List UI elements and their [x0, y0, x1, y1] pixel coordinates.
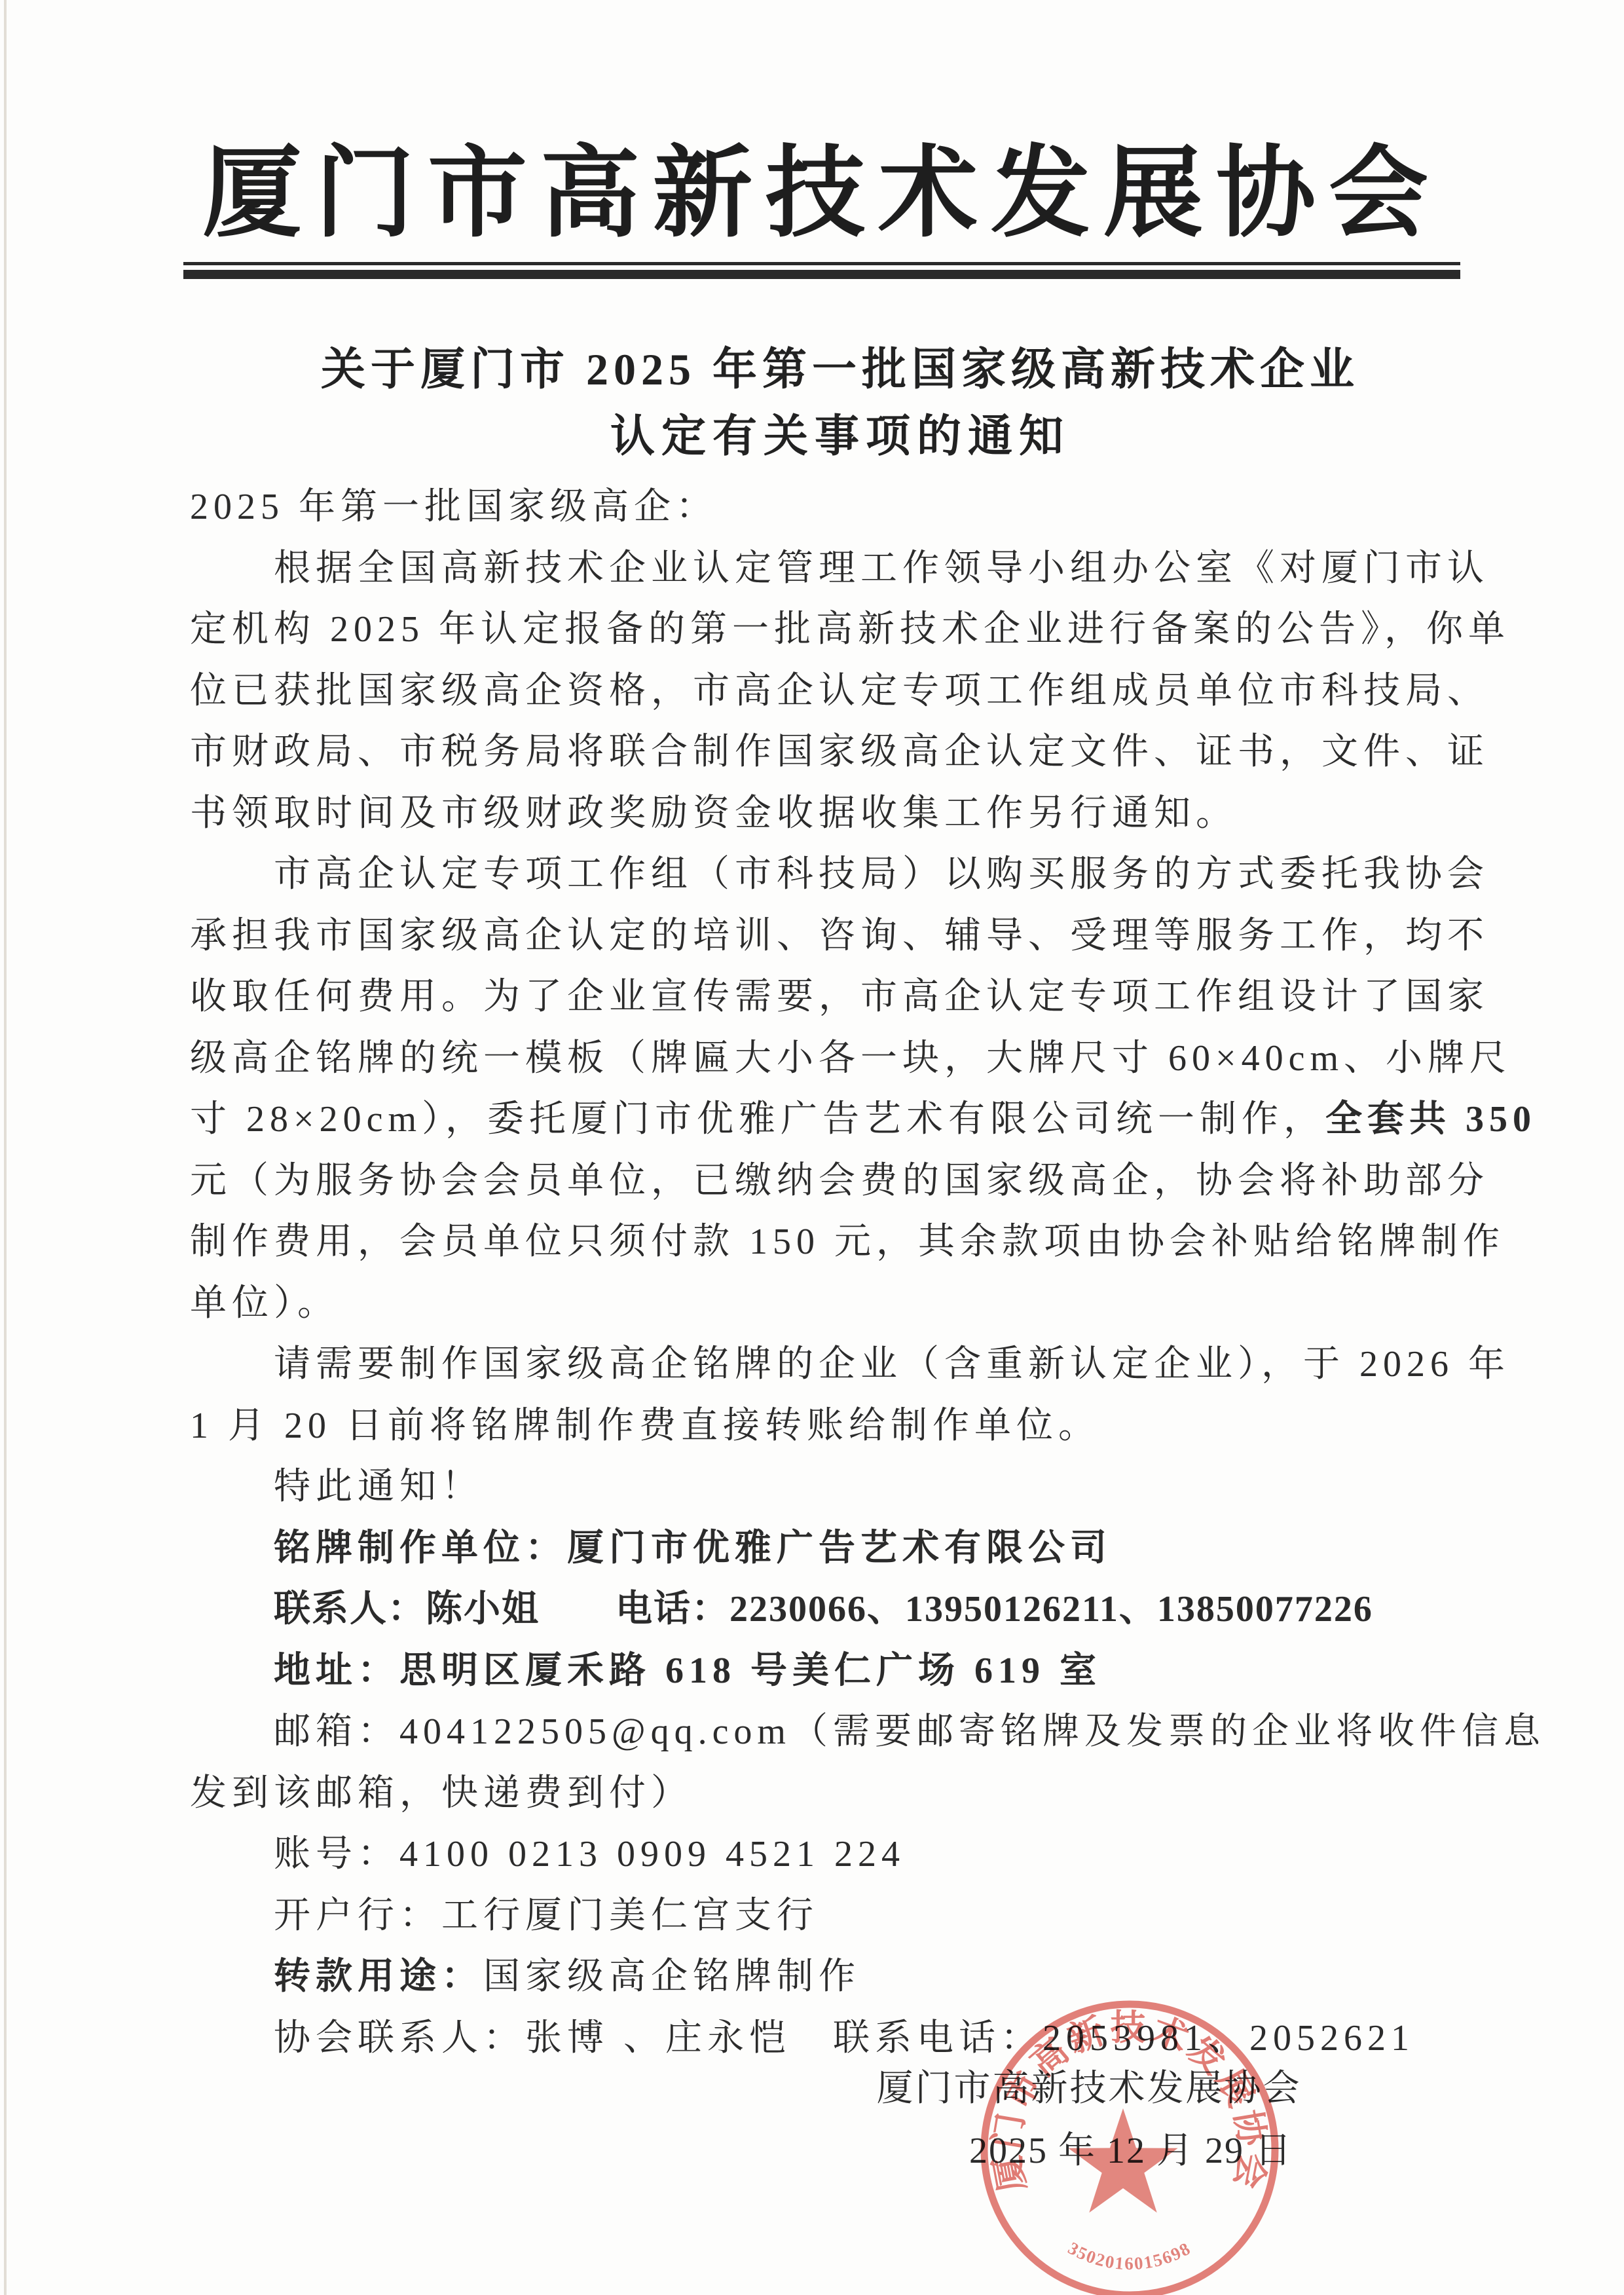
transfer-purpose-value: 国家级高企铭牌制作 [483, 1956, 860, 1997]
body-line: 承担我市国家级高企认定的培训、咨询、辅导、受理等服务工作，均不 [190, 906, 1454, 967]
body-line: 市财政局、市税务局将联合制作国家级高企认定文件、证书，文件、证 [190, 722, 1454, 783]
body-line: 书领取时间及市级财政奖励资金收据收集工作另行通知。 [190, 783, 1454, 845]
transfer-purpose-label: 转款用途： [274, 1956, 483, 1997]
body-line-regular-part: 寸 28×20cm），委托厦门市优雅广告艺术有限公司统一制作， [190, 1099, 1325, 1140]
notice-title-line-2: 认定有关事项的通知 [189, 410, 1492, 462]
notice-title-line-1: 关于厦门市 2025 年第一批国家级高新技术企业 [189, 343, 1492, 396]
notice-ending: 特此通知！ [190, 1457, 1454, 1518]
notice-body: 2025 年第一批国家级高企： 根据全国高新技术企业认定管理工作领导小组办公室《… [190, 477, 1454, 2069]
official-red-seal: 厦门市高新技术发展协会 3502016015698 [979, 1999, 1280, 2295]
scanned-notice-page: 厦门市高新技术发展协会 关于厦门市 2025 年第一批国家级高新技术企业 认定有… [0, 0, 1624, 2295]
account-number-line: 账号：4100 0213 0909 4521 224 [190, 1824, 1454, 1886]
body-line-with-bold-amount: 寸 28×20cm），委托厦门市优雅广告艺术有限公司统一制作，全套共 350 [190, 1089, 1454, 1151]
body-line: 制作费用，会员单位只须付款 150 元，其余款项由协会补贴给铭牌制作 [190, 1212, 1454, 1273]
body-line: 市高企认定专项工作组（市科技局）以购买服务的方式委托我协会 [190, 844, 1454, 906]
body-line: 位已获批国家级高企资格，市高企认定专项工作组成员单位市科技局、 [190, 661, 1454, 722]
scan-edge-artifact [4, 0, 7, 2295]
body-line: 1 月 20 日前将铭牌制作费直接转账给制作单位。 [190, 1396, 1454, 1457]
body-line: 元（为服务协会会员单位，已缴纳会费的国家级高企，协会将补助部分 [190, 1151, 1454, 1212]
seal-star-icon [1068, 2108, 1177, 2212]
address-line: 地址：思明区厦禾路 618 号美仁广场 619 室 [190, 1641, 1454, 1702]
salutation: 2025 年第一批国家级高企： [190, 477, 1454, 538]
body-line: 单位）。 [190, 1273, 1454, 1335]
body-line: 根据全国高新技术企业认定管理工作领导小组办公室《对厦门市认 [190, 538, 1454, 600]
body-line: 收取任何费用。为了企业宣传需要，市高企认定专项工作组设计了国家 [190, 967, 1454, 1028]
maker-company-line: 铭牌制作单位：厦门市优雅广告艺术有限公司 [190, 1518, 1454, 1580]
body-line: 级高企铭牌的统一模板（牌匾大小各一块，大牌尺寸 60×40cm、小牌尺 [190, 1028, 1454, 1090]
email-line: 邮箱：404122505@qq.com（需要邮寄铭牌及发票的企业将收件信息 [190, 1702, 1454, 1763]
letterhead-org-name: 厦门市高新技术发展协会 [183, 135, 1460, 253]
price-total-bold: 全套共 350 [1325, 1099, 1536, 1140]
email-line-continued: 发到该邮箱，快递费到付） [190, 1763, 1454, 1825]
contact-phone-line: 联系人：陈小姐 电话：2230066、13950126211、138500772… [190, 1579, 1454, 1641]
svg-text:3502016015698: 3502016015698 [1065, 2238, 1194, 2273]
bank-line: 开户行：工行厦门美仁宫支行 [190, 1886, 1454, 1947]
body-line: 定机构 2025 年认定报备的第一批高新技术企业进行备案的公告》，你单 [190, 599, 1454, 661]
letterhead-rule-thin [183, 262, 1460, 265]
letterhead-rule-thick [183, 270, 1460, 279]
seal-code-arc-text: 3502016015698 [1065, 2238, 1194, 2273]
body-line: 请需要制作国家级高企铭牌的企业（含重新认定企业），于 2026 年 [190, 1334, 1454, 1396]
